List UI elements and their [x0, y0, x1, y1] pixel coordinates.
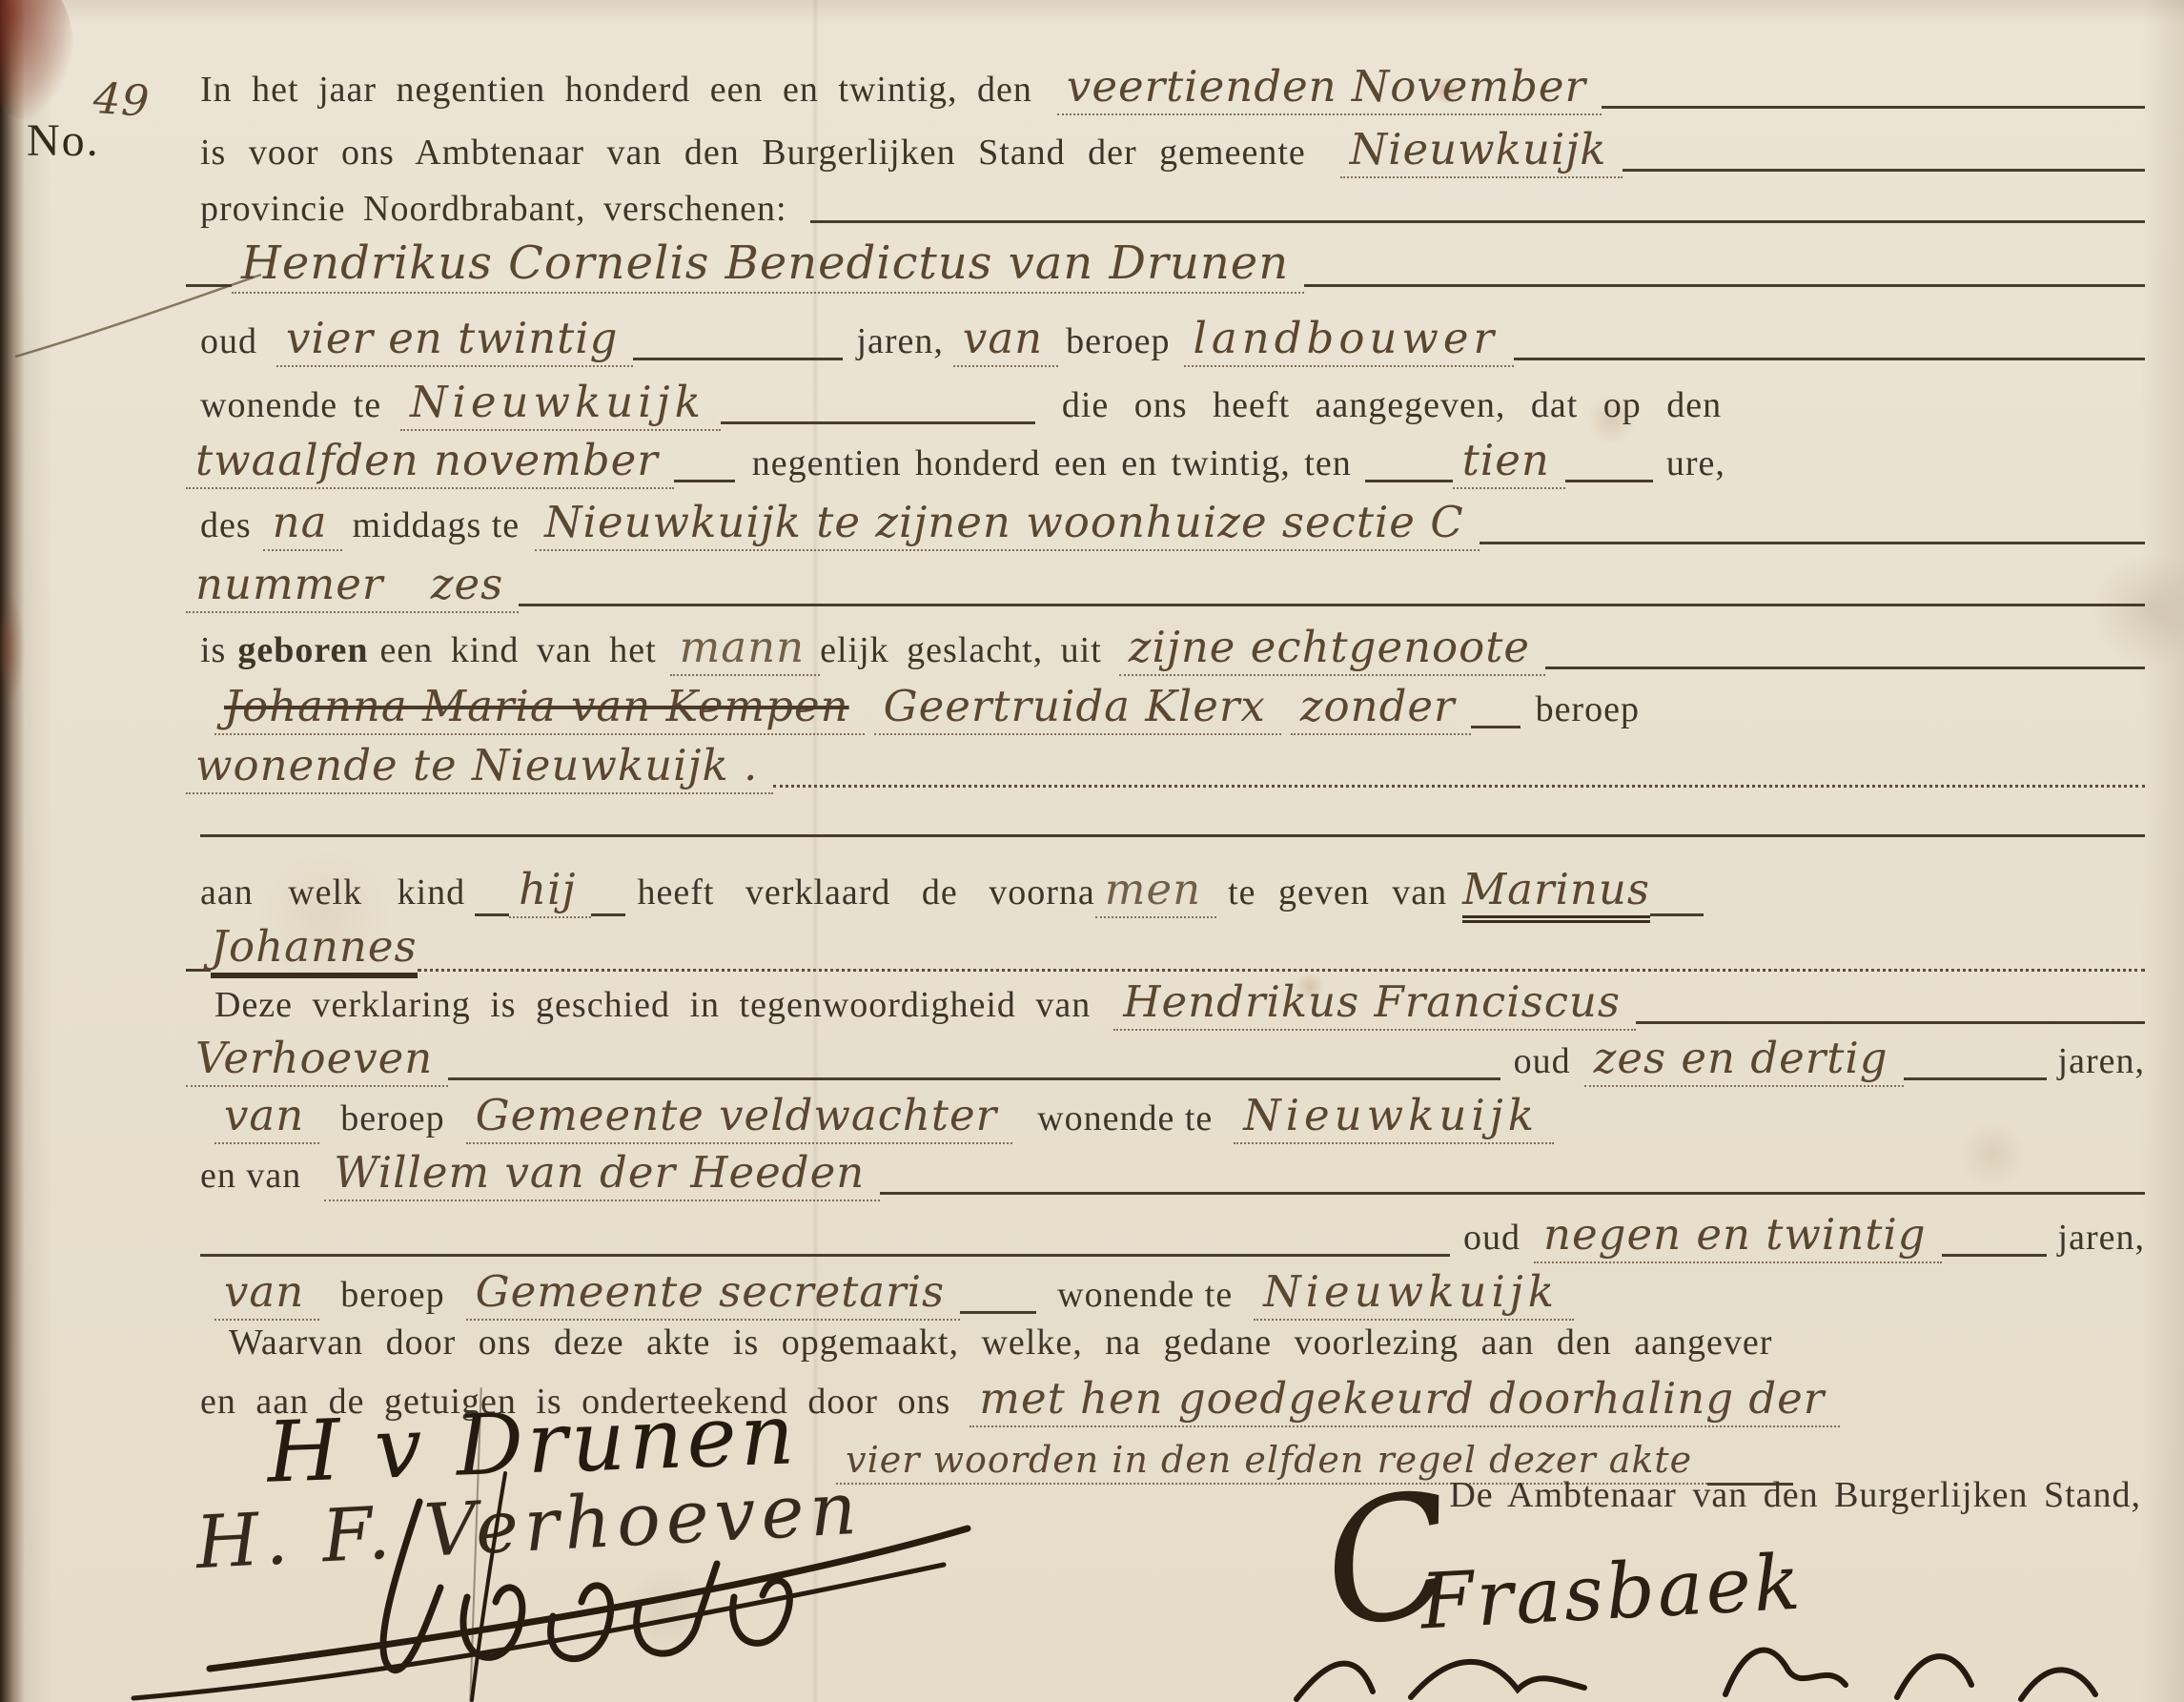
rule-fill [1636, 1021, 2145, 1024]
printed-text: heeft verklaard de voorna [637, 872, 1094, 913]
printed-text: negentien honderd een en twintig, ten [752, 442, 1352, 484]
handwritten-occupation: landbouwer [1184, 313, 1515, 367]
rule-fill [1304, 284, 2145, 287]
rule-fill [1623, 169, 2145, 172]
rule-fill [1471, 726, 1521, 728]
rule-fill [200, 834, 2145, 837]
line-mother-residence: wonende te Nieuwkuijk . [186, 740, 2145, 794]
printed-text: Waarvan door ons deze akte is opgemaakt,… [229, 1322, 1772, 1364]
printed-text: is [200, 629, 226, 671]
rule-fill [1942, 1254, 2047, 1257]
handwritten-witness1-surname: Verhoeven [186, 1033, 448, 1087]
handwritten-witness1-firstnames: Hendrikus Franciscus [1113, 976, 1636, 1031]
line-declarant-residence: wonende te Nieuwkuijk die ons heeft aang… [200, 377, 2145, 431]
line-witness2-age: oud negen en twintig jaren, [200, 1209, 2145, 1263]
printed-text-geboren: geboren [237, 629, 368, 671]
handwritten-witness1-age: zes en dertig [1584, 1033, 1904, 1087]
handwritten-van: van [953, 313, 1058, 367]
line-geboren-geslacht: is geboren een kind van het mann elijk g… [200, 622, 2145, 676]
printed-text: beroep [1066, 320, 1170, 362]
rule-fill [721, 421, 1035, 424]
printed-text: middags te [352, 504, 520, 546]
printed-text: jaren, [2058, 1217, 2145, 1259]
printed-text: wonende te [200, 384, 381, 426]
rule-fill [1514, 358, 2145, 360]
signature-registrar: CFrasbaek [1325, 1499, 1803, 1636]
line-declarant-name: Hendrikus Cornelis Benedictus van Drunen [186, 236, 2145, 294]
rule-fill [591, 913, 625, 916]
rule-fill [1545, 666, 2145, 669]
rule-fill [1365, 480, 1453, 482]
rule-fill [1650, 913, 1704, 916]
printed-text: Deze verklaring is geschied in tegenwoor… [214, 984, 1091, 1026]
handwritten-witness2-residence: Nieuwkuijk [1254, 1266, 1574, 1321]
line-mother-name: Johanna Maria van Kempen Geertruida Kler… [214, 681, 2145, 735]
line-provincie: provincie Noordbrabant, verschenen: [200, 188, 2145, 230]
line-house-number: nummer zes [186, 559, 2145, 613]
line-year-and-date: In het jaar negentien honderd een en twi… [200, 61, 2145, 115]
printed-text: wonende te [1057, 1274, 1233, 1316]
printed-text: is voor ons Ambtenaar van den Burgerlijk… [200, 132, 1306, 174]
handwritten-birth-house: Nieuwkuijk te zijnen woonhuize sectie C [535, 497, 1480, 551]
printed-text: oud [200, 320, 257, 362]
rule-fill [810, 220, 2145, 223]
handwritten-hij: hij [509, 864, 591, 918]
printed-text: oud [1463, 1217, 1521, 1259]
handwritten-witness1-residence: Nieuwkuijk [1234, 1090, 1554, 1144]
printed-text: In het jaar negentien honderd een en twi… [200, 69, 1032, 111]
rule-fill [186, 284, 232, 287]
bottom-edge-partial-handwriting [1268, 1632, 2107, 1702]
printed-text: aan welk kind [200, 872, 465, 913]
handwritten-first-name: Marinus [1462, 864, 1650, 923]
rule-fill [1480, 542, 2145, 544]
handwritten-van: van [214, 1090, 319, 1144]
handwritten-hour: tien [1453, 435, 1565, 489]
handwritten-witness2-name: Willem van der Heeden [324, 1147, 880, 1201]
handwritten-gender: mann [670, 622, 820, 676]
handwritten-gemeente: Nieuwkuijk [1340, 124, 1623, 178]
line-birth-date-time: twaalfden november negentien honderd een… [186, 435, 2145, 489]
printed-text: die ons heeft aangegeven, dat op den [1062, 384, 1722, 426]
printed-text: oud [1514, 1040, 1571, 1082]
rule-fill [880, 1192, 2145, 1195]
line-birth-place: des na middags te Nieuwkuijk te zijnen w… [200, 497, 2145, 551]
printed-text: te geven van [1228, 872, 1447, 913]
act-number-value: 49 [92, 72, 152, 127]
line-witness1-surname-age: Verhoeven oud zes en dertig jaren, [186, 1033, 2145, 1087]
rule-fill [519, 604, 2145, 606]
line-gemeente: is voor ons Ambtenaar van den Burgerlijk… [200, 124, 2145, 178]
line-witness1-occupation: van beroep Gemeente veldwachter wonende … [214, 1090, 2145, 1144]
handwritten-act-date: veertienden November [1057, 61, 1602, 115]
handwritten-house-number: nummer zes [186, 559, 519, 613]
handwritten-mother-residence: wonende te Nieuwkuijk . [186, 740, 773, 794]
line-closing-1: Waarvan door ons deze akte is opgemaakt,… [229, 1322, 2145, 1364]
handwritten-echtgenoote: zijne echtgenoote [1119, 622, 1545, 676]
handwritten-witness2-occupation: Gemeente secretaris [466, 1266, 961, 1321]
act-number-label: No. [27, 114, 100, 167]
handwritten-birth-date: twaalfden november [186, 435, 674, 489]
printed-text: beroep [340, 1097, 444, 1139]
handwritten-na: na [263, 497, 343, 551]
line-witness1-intro: Deze verklaring is geschied in tegenwoor… [214, 976, 2145, 1031]
printed-text: beroep [340, 1274, 444, 1316]
handwritten-residence: Nieuwkuijk [400, 377, 721, 431]
printed-text: des [200, 504, 252, 546]
line-voornamen: aan welk kind hij heeft verklaard de voo… [200, 864, 2145, 923]
signature-registrar-rest: Frasbaek [1419, 1538, 1806, 1647]
corner-stain [0, 0, 73, 120]
rule-fill [1602, 106, 2145, 109]
handwritten-age: vier en twintig [276, 313, 633, 367]
printed-text: ure, [1666, 442, 1725, 484]
rule-fill [186, 969, 211, 972]
handwritten-zonder: zonder [1291, 681, 1471, 735]
handwritten-van: van [214, 1266, 319, 1321]
line-declarant-age-beroep: oud vier en twintig jaren, van beroep la… [200, 313, 2145, 367]
rule-fill [960, 1311, 1036, 1314]
line-witness2-name: en van Willem van der Heeden [200, 1147, 2145, 1201]
printed-text: provincie Noordbrabant, verschenen: [200, 188, 787, 230]
page-binding-edge [0, 0, 25, 1702]
rule-fill [475, 913, 509, 916]
handwritten-witness2-age: negen en twintig [1534, 1209, 1942, 1263]
rule-fill [1565, 480, 1653, 482]
birth-certificate-page: No. 49 In het jaar negentien honderd een… [0, 0, 2184, 1702]
line-witness2-occupation: van beroep Gemeente secretaris wonende t… [214, 1266, 2145, 1321]
printed-text: elijk geslacht, uit [820, 629, 1102, 671]
rule-fill [418, 969, 2145, 972]
handwritten-men: men [1095, 864, 1216, 918]
printed-text: wonende te [1037, 1097, 1213, 1139]
signature-witness2-flourish [105, 1473, 1039, 1702]
rule-fill [448, 1077, 1500, 1080]
handwritten-declarant-name: Hendrikus Cornelis Benedictus van Drunen [232, 236, 1304, 294]
rule-fill [773, 785, 2145, 788]
printed-text: jaren, [2058, 1040, 2145, 1082]
handwritten-witness1-occupation: Gemeente veldwachter [466, 1090, 1013, 1144]
printed-text: beroep [1536, 688, 1640, 730]
rule-fill [633, 358, 843, 360]
handwritten-mother-name-struck: Johanna Maria van Kempen [214, 681, 865, 735]
handwritten-mother-name: Geertruida Klerx [874, 681, 1281, 735]
rule-fill [674, 480, 735, 482]
printed-text: en van [200, 1155, 301, 1197]
line-blank-rule [200, 806, 2145, 844]
line-second-name: Johannes [186, 921, 2145, 978]
rule-fill [1904, 1077, 2047, 1080]
printed-text: jaren, [856, 320, 943, 362]
handwritten-second-name: Johannes [211, 921, 418, 978]
printed-text: een kind van het [380, 629, 657, 671]
rule-fill [200, 1254, 1450, 1257]
